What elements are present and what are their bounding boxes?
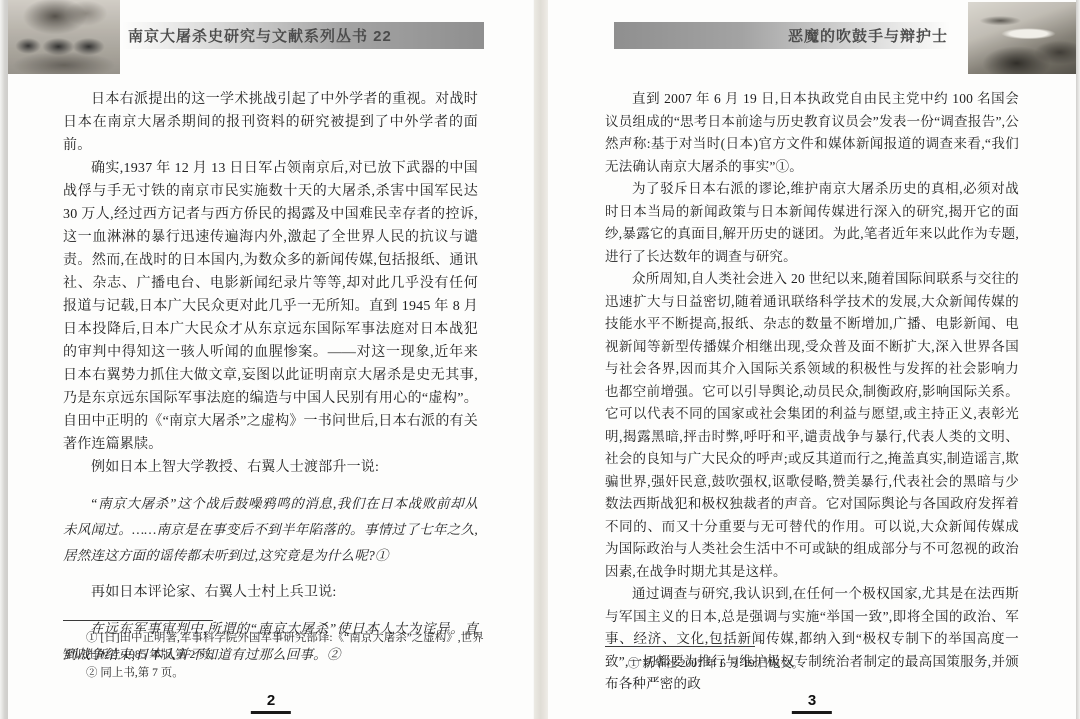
book-spread: 南京大屠杀史研究与文献系列丛书 22 日本右派提出的这一学术挑战引起了中外学者的… <box>0 0 1080 719</box>
body-paragraph: 为了驳斥日本右派的谬论,维护南京大屠杀历史的真相,必须对战时日本当局的新闻政策与… <box>605 178 1019 268</box>
body-paragraph: 确实,1937 年 12 月 13 日日军占领南京后,对已放下武器的中国战俘与手… <box>63 157 478 456</box>
right-running-header-bar: 恶魔的吹鼓手与辩护士 <box>614 22 950 49</box>
right-footnotes: ① 新华社 2007 年 6 月 19 日电文。 <box>605 646 1029 675</box>
quote-paragraph: “南京大屠杀”这个战后鼓噪鸦鸣的消息,我们在日本战败前却从未风闻过。……南京是在… <box>63 491 478 569</box>
body-paragraph: 直到 2007 年 6 月 19 日,日本执政党自由民主党中约 100 名国会议… <box>605 88 1019 178</box>
page-edge-left <box>0 0 8 719</box>
body-paragraph: 再如日本评论家、右翼人士村上兵卫说: <box>63 581 478 604</box>
page-number: 2 <box>251 692 291 714</box>
footnote: ① 新华社 2007 年 6 月 19 日电文。 <box>605 656 1029 673</box>
page-edge-right <box>1076 0 1080 719</box>
body-paragraph: 例如日本上智大学教授、右翼人士渡部升一说: <box>63 456 478 479</box>
war-scene-photo <box>8 0 120 74</box>
left-page: 南京大屠杀史研究与文献系列丛书 22 日本右派提出的这一学术挑战引起了中外学者的… <box>8 0 534 719</box>
right-text-column: 直到 2007 年 6 月 19 日,日本执政党自由民主党中约 100 名国会议… <box>605 88 1019 696</box>
footnote-divider <box>605 646 755 647</box>
chapter-title: 恶魔的吹鼓手与辩护士 <box>788 25 948 46</box>
body-paragraph: 日本右派提出的这一学术挑战引起了中外学者的重视。对战时日本在南京大屠杀期间的报刊… <box>63 88 478 157</box>
riverbank-boats-photo <box>968 2 1076 74</box>
footnote: ② 同上书,第 7 页。 <box>63 665 487 682</box>
body-paragraph: 通过调查与研究,我认识到,在任何一个极权国家,尤其是在法西斯与军国主义的日本,总… <box>605 583 1019 696</box>
left-text-column: 日本右派提出的这一学术挑战引起了中外学者的重视。对战时日本在南京大屠杀期间的报刊… <box>63 88 478 680</box>
footnote-divider <box>63 620 213 621</box>
page-number: 3 <box>792 692 832 714</box>
page-gutter <box>534 0 548 719</box>
footnote: ① [日]田中正明著,军事科学院外国军事研究部译:《“南京大屠杀”之虚构》,世界… <box>63 630 487 663</box>
right-page: 恶魔的吹鼓手与辩护士 直到 2007 年 6 月 19 日,日本执政党自由民主党… <box>548 0 1076 719</box>
left-footnotes: ① [日]田中正明著,军事科学院外国军事研究部译:《“南京大屠杀”之虚构》,世界… <box>63 620 487 684</box>
body-paragraph: 众所周知,自人类社会进入 20 世纪以来,随着国际间联系与交往的迅速扩大与日益密… <box>605 268 1019 583</box>
left-running-header-bar: 南京大屠杀史研究与文献系列丛书 22 <box>122 22 484 49</box>
series-title: 南京大屠杀史研究与文献系列丛书 22 <box>128 25 392 46</box>
